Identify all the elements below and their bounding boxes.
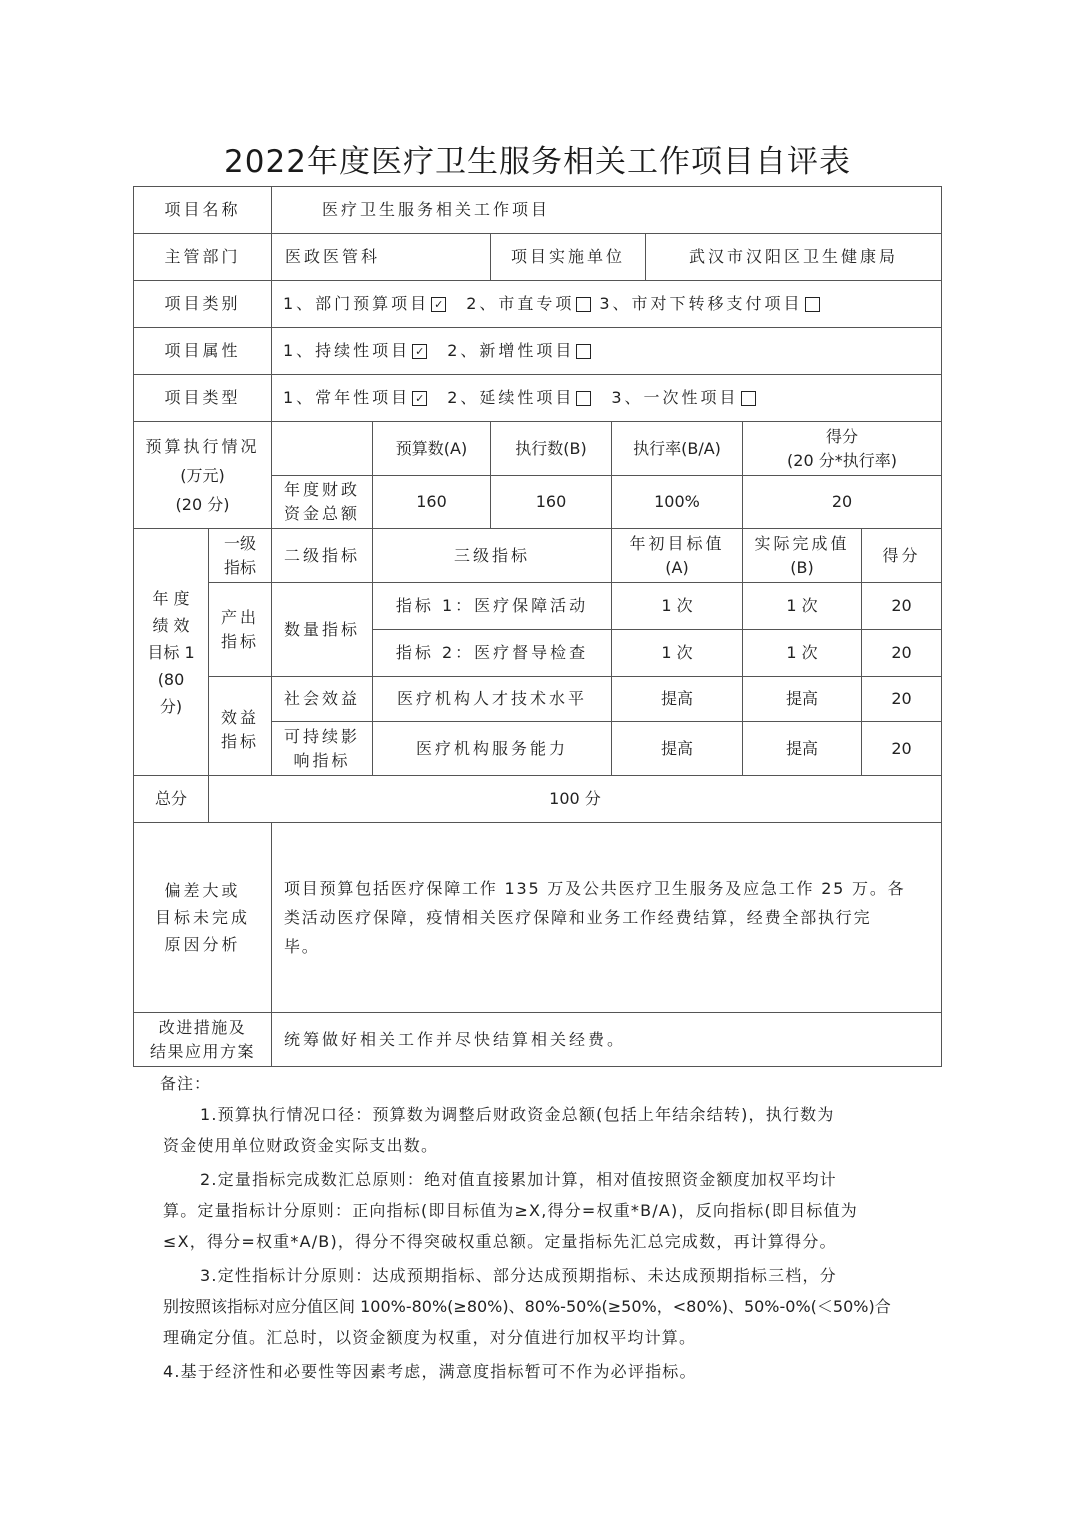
- note-2-line1: 2.定量指标完成数汇总原则：绝对值直接累加计算，相对值按照资金额度加权平均计: [163, 1164, 923, 1195]
- header-executed: 执行数(B): [491, 422, 611, 475]
- budget-value: 160: [373, 476, 490, 528]
- deviation-label-line: 目标未完成: [155, 904, 250, 931]
- header-level2: 二级指标: [272, 529, 372, 582]
- project-name-label: 项目名称: [134, 187, 271, 233]
- header-indicator-score: 得分: [862, 529, 941, 582]
- improvement-label: 改进措施及 结果应用方案: [134, 1013, 271, 1066]
- checkbox-checked-icon[interactable]: ✓: [412, 344, 427, 359]
- executed-value: 160: [491, 476, 611, 528]
- table-border-right: [941, 186, 942, 1067]
- total-value: 100 分: [209, 776, 941, 822]
- budget-score-value: 20: [743, 476, 941, 528]
- output-label-line2: 指标: [221, 630, 259, 654]
- header-level1-line2: 指标: [224, 556, 256, 580]
- indicator-1-actual: 1 次: [743, 583, 861, 629]
- indicator-4-name: 医疗机构服务能力: [373, 722, 611, 775]
- indicator-3-name: 医疗机构人才技术水平: [373, 677, 611, 721]
- annual-fund-label: 年度财政 资金总额: [272, 476, 372, 528]
- indicator-2-actual: 1 次: [743, 630, 861, 676]
- notes-heading: 备注：: [160, 1068, 920, 1099]
- goal-label-line: (80: [158, 666, 185, 693]
- deviation-text-line: 项目预算包括医疗保障工作 135 万及公共医疗卫生服务及应急工作 25 万。各: [284, 874, 905, 903]
- header-target: 年初目标值 (A): [612, 529, 742, 582]
- header-actual: 实际完成值 (B): [743, 529, 861, 582]
- checkbox-empty-icon[interactable]: [741, 391, 756, 406]
- deviation-analysis-text: 项目预算包括医疗保障工作 135 万及公共医疗卫生服务及应急工作 25 万。各 …: [284, 823, 934, 1012]
- type-option-2: 2、延续性项目: [447, 386, 574, 410]
- type-options: 1、常年性项目✓ 2、延续性项目 3、一次性项目: [283, 375, 933, 421]
- dept-label: 主管部门: [134, 234, 271, 280]
- category-option-1: 1、部门预算项目: [283, 292, 429, 316]
- budget-label-unit: (万元): [180, 461, 225, 490]
- header-actual-line1: 实际完成值: [754, 532, 849, 556]
- deviation-text-line: 类活动医疗保障，疫情相关医疗保障和业务工作经费结算，经费全部执行完: [284, 903, 871, 932]
- dept-value: 医政医管科: [285, 234, 485, 280]
- col-divider: [271, 822, 272, 1067]
- goal-label-line: 绩 效: [152, 612, 189, 639]
- total-label: 总分: [134, 776, 208, 822]
- indicator-2-name: 指标 2：医疗督导检查: [373, 630, 611, 676]
- indicator-4-actual: 提高: [743, 722, 861, 775]
- quantity-indicator-label: 数量指标: [272, 583, 372, 676]
- sustainable-impact-label: 可持续影 响指标: [272, 722, 372, 775]
- deviation-text-line: 毕。: [284, 932, 320, 961]
- checkbox-checked-icon[interactable]: ✓: [412, 391, 427, 406]
- note-1-line1: 1.预算执行情况口径：预算数为调整后财政资金总额(包括上年结余结转)，执行数为: [163, 1099, 923, 1130]
- sustainable-label-line1: 可持续影: [284, 725, 360, 749]
- deviation-label-line: 原因分析: [164, 931, 240, 958]
- budget-label-points: (20 分): [176, 490, 230, 519]
- notes-list: 1.预算执行情况口径：预算数为调整后财政资金总额(包括上年结余结转)，执行数为 …: [163, 1099, 923, 1387]
- annual-fund-label-line1: 年度财政: [284, 478, 360, 502]
- benefit-label-line2: 指标: [221, 730, 259, 754]
- note-3-line1: 3.定性指标计分原则：达成预期指标、部分达成预期指标、未达成预期指标三档，分: [163, 1260, 923, 1291]
- project-name-value: 医疗卫生服务相关工作项目: [322, 187, 922, 233]
- header-score-title: 得分: [826, 425, 858, 449]
- deviation-label-line: 偏差大或: [164, 877, 240, 904]
- category-options: 1、部门预算项目✓ 2、市直专项 3、市对下转移支付项目: [283, 281, 933, 327]
- note-3-line2: 别按照该指标对应分值区间 100%-80%(≥80%)、80%-50%(≥50%…: [163, 1291, 923, 1322]
- indicator-1-name: 指标 1：医疗保障活动: [373, 583, 611, 629]
- attribute-label: 项目属性: [134, 328, 271, 374]
- checkbox-empty-icon[interactable]: [805, 297, 820, 312]
- header-score-formula: (20 分*执行率): [787, 449, 897, 473]
- checkbox-empty-icon[interactable]: [576, 344, 591, 359]
- checkbox-checked-icon[interactable]: ✓: [431, 297, 446, 312]
- indicator-3-actual: 提高: [743, 677, 861, 721]
- indicator-3-score: 20: [862, 677, 941, 721]
- type-option-1: 1、常年性项目: [283, 386, 410, 410]
- improvement-label-line1: 改进措施及: [159, 1016, 247, 1040]
- indicator-4-target: 提高: [612, 722, 742, 775]
- note-2-line3: ≤X，得分=权重*A/B)，得分不得突破权重总额。定量指标先汇总完成数，再计算得…: [163, 1226, 923, 1257]
- table-border-bottom: [133, 1066, 942, 1067]
- category-option-3: 3、市对下转移支付项目: [599, 292, 802, 316]
- budget-label: 预算执行情况 (万元) (20 分): [134, 422, 271, 528]
- header-target-line2: (A): [665, 556, 688, 580]
- deviation-label: 偏差大或 目标未完成 原因分析: [134, 823, 271, 1012]
- checkbox-empty-icon[interactable]: [576, 297, 591, 312]
- goal-label-line: 分): [160, 693, 182, 720]
- attribute-option-1: 1、持续性项目: [283, 339, 410, 363]
- output-indicator-label: 产出 指标: [209, 583, 271, 676]
- note-1-line2: 资金使用单位财政资金实际支出数。: [163, 1130, 923, 1161]
- benefit-indicator-label: 效益 指标: [209, 677, 271, 775]
- indicator-3-target: 提高: [612, 677, 742, 721]
- header-actual-line2: (B): [790, 556, 813, 580]
- category-option-2: 2、市直专项: [466, 292, 574, 316]
- category-label: 项目类别: [134, 281, 271, 327]
- indicator-1-score: 20: [862, 583, 941, 629]
- header-level1: 一级 指标: [209, 529, 271, 582]
- header-score: 得分 (20 分*执行率): [743, 422, 941, 475]
- note-2-line2: 算。定量指标计分原则：正向指标(即目标值为≥X,得分=权重*B/A)，反向指标(…: [163, 1195, 923, 1226]
- indicator-2-target: 1 次: [612, 630, 742, 676]
- type-option-3: 3、一次性项目: [611, 386, 738, 410]
- indicator-4-score: 20: [862, 722, 941, 775]
- header-target-line1: 年初目标值: [629, 532, 724, 556]
- improvement-label-line2: 结果应用方案: [150, 1040, 255, 1064]
- unit-label: 项目实施单位: [491, 234, 645, 280]
- unit-value: 武汉市汉阳区卫生健康局: [646, 234, 941, 280]
- benefit-label-line1: 效益: [221, 706, 259, 730]
- note-3-line3: 理确定分值。汇总时，以资金额度为权重，对分值进行加权平均计算。: [163, 1322, 923, 1353]
- indicator-2-score: 20: [862, 630, 941, 676]
- rate-value: 100%: [612, 476, 742, 528]
- indicator-1-target: 1 次: [612, 583, 742, 629]
- notes-section: 备注：: [160, 1068, 920, 1099]
- note-4-line1: 4.基于经济性和必要性等因素考虑，满意度指标暂可不作为必评指标。: [163, 1356, 923, 1387]
- sustainable-label-line2: 响指标: [293, 749, 350, 773]
- type-label: 项目类型: [134, 375, 271, 421]
- checkbox-empty-icon[interactable]: [576, 391, 591, 406]
- header-level3: 三级指标: [373, 529, 611, 582]
- header-level1-line1: 一级: [224, 532, 256, 556]
- budget-label-line: 预算执行情况: [145, 432, 259, 461]
- output-label-line1: 产出: [221, 606, 259, 630]
- social-benefit-label: 社会效益: [272, 677, 372, 721]
- attribute-options: 1、持续性项目✓ 2、新增性项目: [283, 328, 933, 374]
- header-budget: 预算数(A): [373, 422, 490, 475]
- performance-goal-label: 年 度 绩 效 目标 1 (80 分): [134, 582, 208, 722]
- annual-fund-label-line2: 资金总额: [284, 502, 360, 526]
- goal-label-line: 目标 1: [147, 639, 194, 666]
- goal-label-line: 年 度: [152, 585, 189, 612]
- header-rate: 执行率(B/A): [612, 422, 742, 475]
- attribute-option-2: 2、新增性项目: [447, 339, 574, 363]
- improvement-text: 统筹做好相关工作并尽快结算相关经费。: [284, 1013, 934, 1066]
